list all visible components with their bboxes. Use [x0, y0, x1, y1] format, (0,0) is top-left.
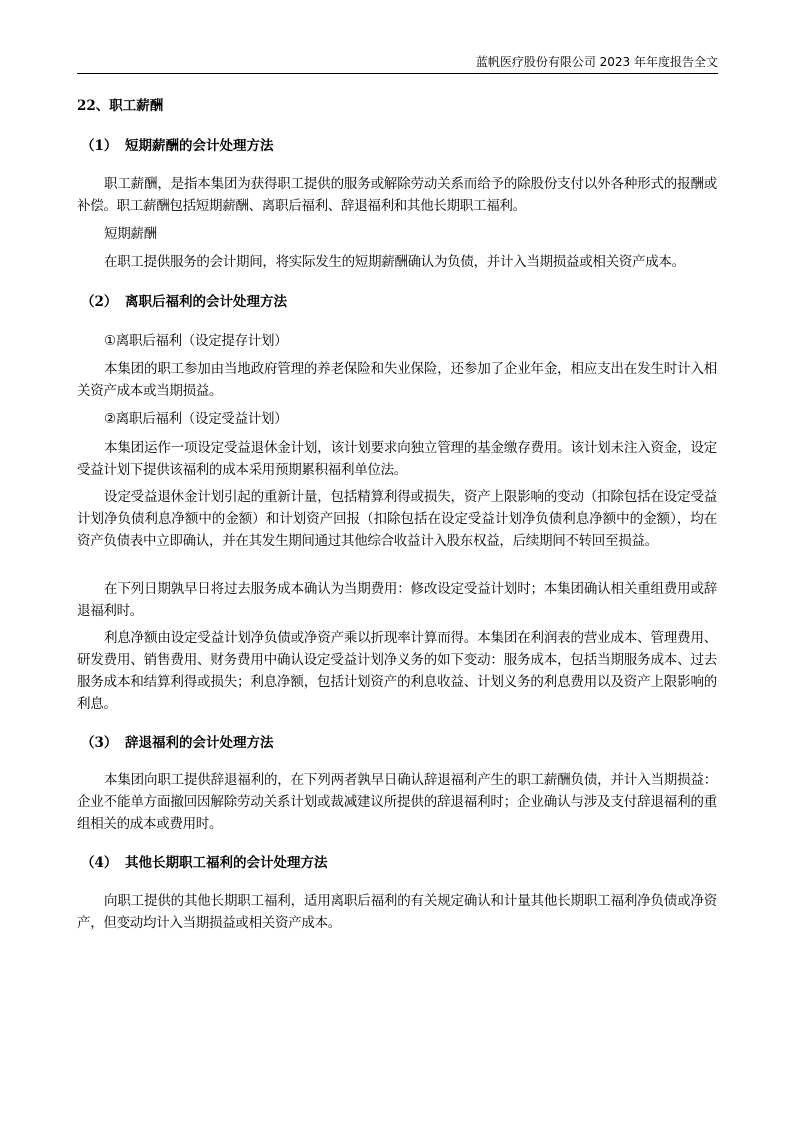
paragraph: 本集团运作一项设定受益退休金计划，该计划要求向独立管理的基金缴存费用。该计划未注…: [77, 437, 717, 481]
paragraph: 利息净额由设定受益计划净负债或净资产乘以折现率计算而得。本集团在利润表的营业成本…: [77, 627, 717, 715]
subsection-number: （2）: [81, 293, 125, 311]
paragraph: 在下列日期孰早日将过去服务成本确认为当期费用：修改设定受益计划时；本集团确认相关…: [77, 578, 717, 622]
subsection-number: （1）: [81, 137, 125, 155]
subsection-title: 辞退福利的会计处理方法: [125, 735, 274, 751]
subsection-heading-1: （1）短期薪酬的会计处理方法: [81, 137, 274, 155]
paragraph-subheading: ②离职后福利（设定受益计划）: [77, 408, 717, 430]
paragraph: 职工薪酬，是指本集团为获得职工提供的服务或解除劳动关系而给予的除股份支付以外各种…: [77, 173, 717, 217]
paragraph: 向职工提供的其他长期职工福利，适用离职后福利的有关规定确认和计量其他长期职工福利…: [77, 890, 717, 934]
paragraph-subheading: 短期薪酬: [77, 223, 717, 245]
subsection-heading-2: （2）离职后福利的会计处理方法: [81, 293, 287, 311]
subsection-heading-4: （4）其他长期职工福利的会计处理方法: [81, 854, 328, 872]
subsection-title: 其他长期职工福利的会计处理方法: [125, 855, 328, 871]
report-title: 蓝帆医疗股份有限公司 2023 年年度报告全文: [476, 55, 718, 69]
subsection-title: 离职后福利的会计处理方法: [125, 294, 287, 310]
paragraph: 本集团的职工参加由当地政府管理的养老保险和失业保险，还参加了企业年金，相应支出在…: [77, 358, 717, 402]
paragraph: 设定受益退休金计划引起的重新计量，包括精算利得或损失，资产上限影响的变动（扣除包…: [77, 486, 717, 552]
subsection-title: 短期薪酬的会计处理方法: [125, 138, 274, 154]
paragraph: 本集团向职工提供辞退福利的，在下列两者孰早日确认辞退福利产生的职工薪酬负债，并计…: [77, 769, 717, 835]
page-header: 蓝帆医疗股份有限公司 2023 年年度报告全文: [77, 53, 718, 74]
subsection-number: （3）: [81, 734, 125, 752]
section-title: 22、职工薪酬: [77, 97, 163, 115]
paragraph: 在职工提供服务的会计期间，将实际发生的短期薪酬确认为负债，并计入当期损益或相关资…: [77, 251, 717, 273]
paragraph-subheading: ①离职后福利（设定提存计划）: [77, 330, 717, 352]
subsection-heading-3: （3）辞退福利的会计处理方法: [81, 734, 274, 752]
subsection-number: （4）: [81, 854, 125, 872]
